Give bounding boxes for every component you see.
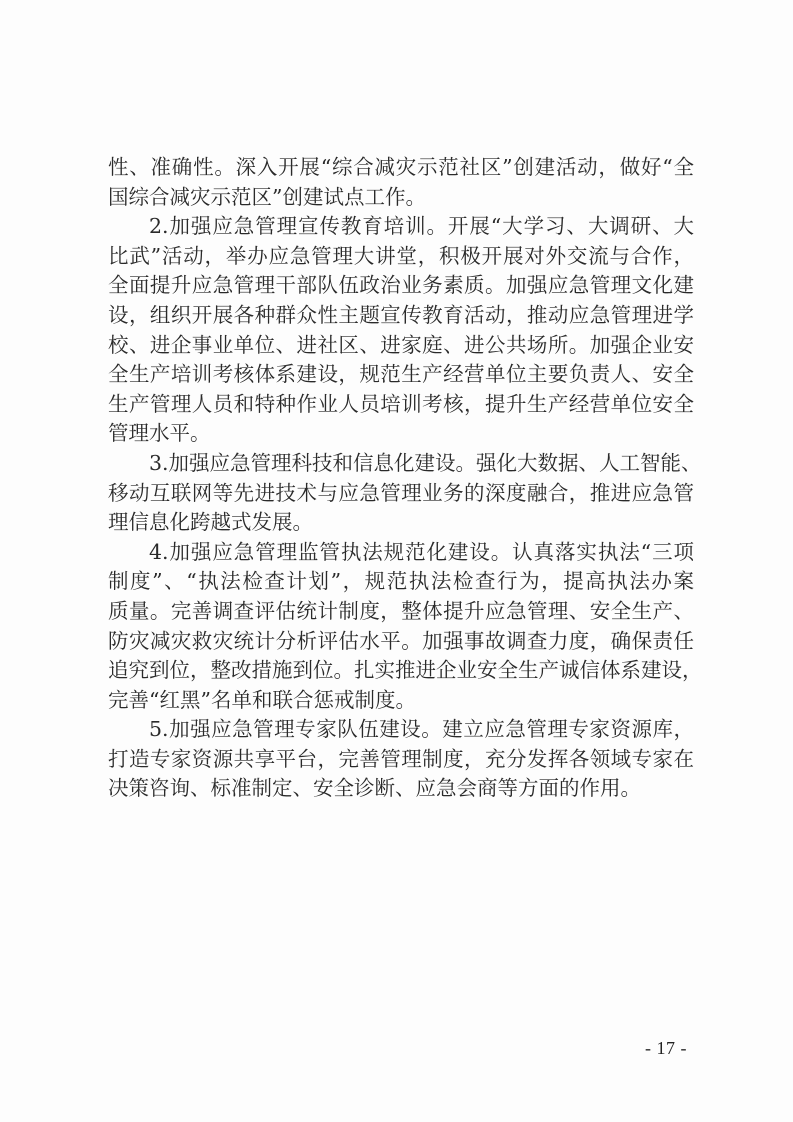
text-line: 5.加强应急管理专家队伍建设。建立应急管理专家资源库，	[108, 715, 694, 745]
text-line: 校、进企事业单位、进社区、进家庭、进公共场所。加强企业安	[108, 331, 694, 361]
paragraph-item-5: 5.加强应急管理专家队伍建设。建立应急管理专家资源库， 打造专家资源共享平台，完…	[108, 715, 694, 804]
text-line: 打造专家资源共享平台，完善管理制度，充分发挥各领域专家在	[108, 745, 694, 775]
text-line: 4.加强应急管理监管执法规范化建设。认真落实执法“三项	[108, 538, 694, 568]
text-line: 质量。完善调查评估统计制度，整体提升应急管理、安全生产、	[108, 597, 694, 627]
paragraph-item-2: 2.加强应急管理宣传教育培训。开展“大学习、大调研、大 比武”活动，举办应急管理…	[108, 212, 694, 449]
text-line: 全面提升应急管理干部队伍政治业务素质。加强应急管理文化建	[108, 271, 694, 301]
document-page: 性、准确性。深入开展“综合减灾示范社区”创建活动，做好“全 国综合减灾示范区”创…	[0, 0, 793, 1122]
text-line: 生产管理人员和特种作业人员培训考核，提升生产经营单位安全	[108, 390, 694, 420]
text-line: 国综合减灾示范区”创建试点工作。	[108, 183, 694, 213]
text-line: 设，组织开展各种群众性主题宣传教育活动，推动应急管理进学	[108, 301, 694, 331]
page-number: - 17 -	[645, 1038, 687, 1059]
text-line: 完善“红黑”名单和联合惩戒制度。	[108, 686, 694, 716]
text-line: 追究到位，整改措施到位。扎实推进企业安全生产诚信体系建设，	[108, 656, 694, 686]
paragraph-item-3: 3.加强应急管理科技和信息化建设。强化大数据、人工智能、 移动互联网等先进技术与…	[108, 449, 694, 538]
text-line: 全生产培训考核体系建设，规范生产经营单位主要负责人、安全	[108, 360, 694, 390]
text-line: 防灾减灾救灾统计分析评估水平。加强事故调查力度，确保责任	[108, 627, 694, 657]
text-line: 移动互联网等先进技术与应急管理业务的深度融合，推进应急管	[108, 479, 694, 509]
paragraph-continuation: 性、准确性。深入开展“综合减灾示范社区”创建活动，做好“全 国综合减灾示范区”创…	[108, 153, 694, 212]
text-line: 决策咨询、标准制定、安全诊断、应急会商等方面的作用。	[108, 774, 694, 804]
text-line: 性、准确性。深入开展“综合减灾示范社区”创建活动，做好“全	[108, 153, 694, 183]
text-line: 管理水平。	[108, 419, 694, 449]
text-line: 3.加强应急管理科技和信息化建设。强化大数据、人工智能、	[108, 449, 694, 479]
text-line: 制度”、“执法检查计划”，规范执法检查行为，提高执法办案	[108, 567, 694, 597]
document-body: 性、准确性。深入开展“综合减灾示范社区”创建活动，做好“全 国综合减灾示范区”创…	[108, 153, 694, 804]
text-line: 2.加强应急管理宣传教育培训。开展“大学习、大调研、大	[108, 212, 694, 242]
text-line: 比武”活动，举办应急管理大讲堂，积极开展对外交流与合作，	[108, 242, 694, 272]
paragraph-item-4: 4.加强应急管理监管执法规范化建设。认真落实执法“三项 制度”、“执法检查计划”…	[108, 538, 694, 716]
text-line: 理信息化跨越式发展。	[108, 508, 694, 538]
